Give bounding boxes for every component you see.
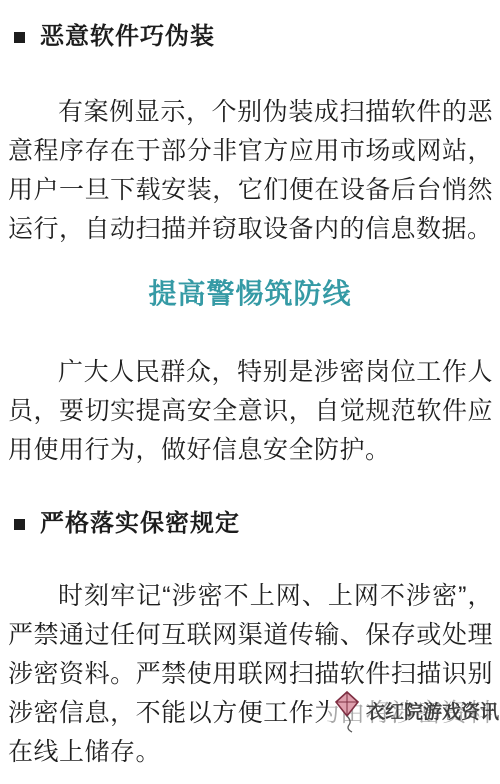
section-heading-regulations: 严格落实保密规定 [14, 509, 490, 539]
paragraph-awareness: 广大人民群众，特别是涉密岗位工作人员，要切实提高安全意识，自觉规范软件应用使用行… [8, 353, 493, 470]
kite-icon [334, 690, 362, 734]
paragraph-malware-cases: 有案例显示，个别伪装成扫描软件的恶意程序存在于部分非官方应用市场或网站，用户一旦… [8, 93, 493, 249]
section-heading-malware: 恶意软件巧伪装 [14, 22, 490, 52]
watermark: 衣红院游戏资讯 [328, 688, 500, 740]
section-heading-malware-text: 恶意软件巧伪装 [40, 22, 215, 52]
center-heading-raise-alert: 提高警惕筑防线 [0, 277, 500, 311]
square-bullet-icon [14, 32, 25, 43]
square-bullet-icon [14, 519, 25, 530]
watermark-label: 衣红院游戏资讯 [366, 697, 499, 724]
paragraph-secrecy-rules: 时刻牢记“涉密不上网、上网不涉密”，严禁通过任何互联网渠道传输、保存或处理涉密资… [8, 577, 493, 772]
article-page: 恶意软件巧伪装 有案例显示，个别伪装成扫描软件的恶意程序存在于部分非官方应用市场… [0, 0, 500, 784]
section-heading-regulations-text: 严格落实保密规定 [40, 509, 240, 539]
